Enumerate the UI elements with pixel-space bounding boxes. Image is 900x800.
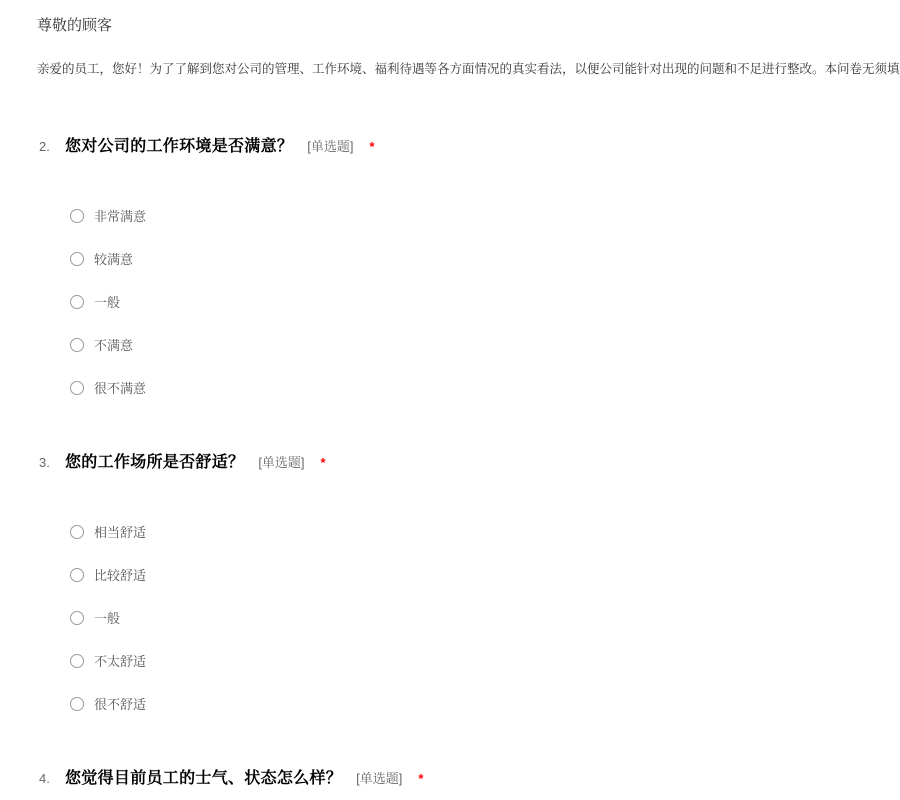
survey-header: 尊敬的顾客 亲爱的员工，您好！为了了解到您对公司的管理、工作环境、福利待遇等各方… [37,18,900,78]
option-list: 非常满意 较满意 一般 不满意 很不满意 [70,208,900,395]
question-number: 4. [39,768,65,790]
radio-option-label[interactable]: 不满意 [94,335,133,354]
question-number: 3. [39,452,65,474]
survey-page: 尊敬的顾客 亲爱的员工，您好！为了了解到您对公司的管理、工作环境、福利待遇等各方… [0,0,900,800]
survey-intro: 亲爱的员工，您好！为了了解到您对公司的管理、工作环境、福利待遇等各方面情况的真实… [37,61,900,78]
required-asterisk: * [369,136,374,158]
question: 3. 您的工作场所是否舒适？ [单选题] * 相当舒适 比较舒适 一般 不太舒适… [37,452,900,711]
radio-icon[interactable] [70,568,84,582]
radio-option[interactable]: 相当舒适 [70,524,900,539]
required-asterisk: * [418,768,423,790]
radio-icon[interactable] [70,381,84,395]
radio-option-label[interactable]: 不太舒适 [94,651,146,670]
radio-option[interactable]: 不满意 [70,337,900,352]
radio-icon[interactable] [70,654,84,668]
radio-option-label[interactable]: 很不满意 [94,378,146,397]
question-type-badge: [单选题] [356,768,402,790]
question-heading: 4. 您觉得目前员工的士气、状态怎么样？ [单选题] * [37,768,900,790]
radio-option[interactable]: 较满意 [70,251,900,266]
question: 4. 您觉得目前员工的士气、状态怎么样？ [单选题] * [37,768,900,790]
radio-icon[interactable] [70,611,84,625]
radio-option[interactable]: 很不满意 [70,380,900,395]
radio-icon[interactable] [70,252,84,266]
question-list: 2. 您对公司的工作环境是否满意？ [单选题] * 非常满意 较满意 一般 不满… [37,136,900,790]
radio-icon[interactable] [70,338,84,352]
radio-option-label[interactable]: 非常满意 [94,206,146,225]
radio-option-label[interactable]: 较满意 [94,249,133,268]
radio-option[interactable]: 比较舒适 [70,567,900,582]
radio-option-label[interactable]: 一般 [94,292,120,311]
question: 2. 您对公司的工作环境是否满意？ [单选题] * 非常满意 较满意 一般 不满… [37,136,900,395]
radio-icon[interactable] [70,209,84,223]
radio-option[interactable]: 非常满意 [70,208,900,223]
radio-option[interactable]: 一般 [70,610,900,625]
radio-option[interactable]: 不太舒适 [70,653,900,668]
question-type-badge: [单选题] [307,136,353,158]
question-heading: 2. 您对公司的工作环境是否满意？ [单选题] * [37,136,900,158]
radio-icon[interactable] [70,295,84,309]
required-asterisk: * [321,452,326,474]
radio-option-label[interactable]: 比较舒适 [94,565,146,584]
radio-icon[interactable] [70,697,84,711]
radio-option-label[interactable]: 相当舒适 [94,522,146,541]
radio-option[interactable]: 很不舒适 [70,696,900,711]
radio-option-label[interactable]: 很不舒适 [94,694,146,713]
question-title: 您对公司的工作环境是否满意？ [65,136,293,158]
question-number: 2. [39,136,65,158]
question-heading: 3. 您的工作场所是否舒适？ [单选题] * [37,452,900,474]
question-type-badge: [单选题] [258,452,304,474]
question-title: 您的工作场所是否舒适？ [65,452,244,474]
survey-title: 尊敬的顾客 [37,18,900,34]
radio-option-label[interactable]: 一般 [94,608,120,627]
radio-icon[interactable] [70,525,84,539]
radio-option[interactable]: 一般 [70,294,900,309]
question-title: 您觉得目前员工的士气、状态怎么样？ [65,768,342,790]
option-list: 相当舒适 比较舒适 一般 不太舒适 很不舒适 [70,524,900,711]
